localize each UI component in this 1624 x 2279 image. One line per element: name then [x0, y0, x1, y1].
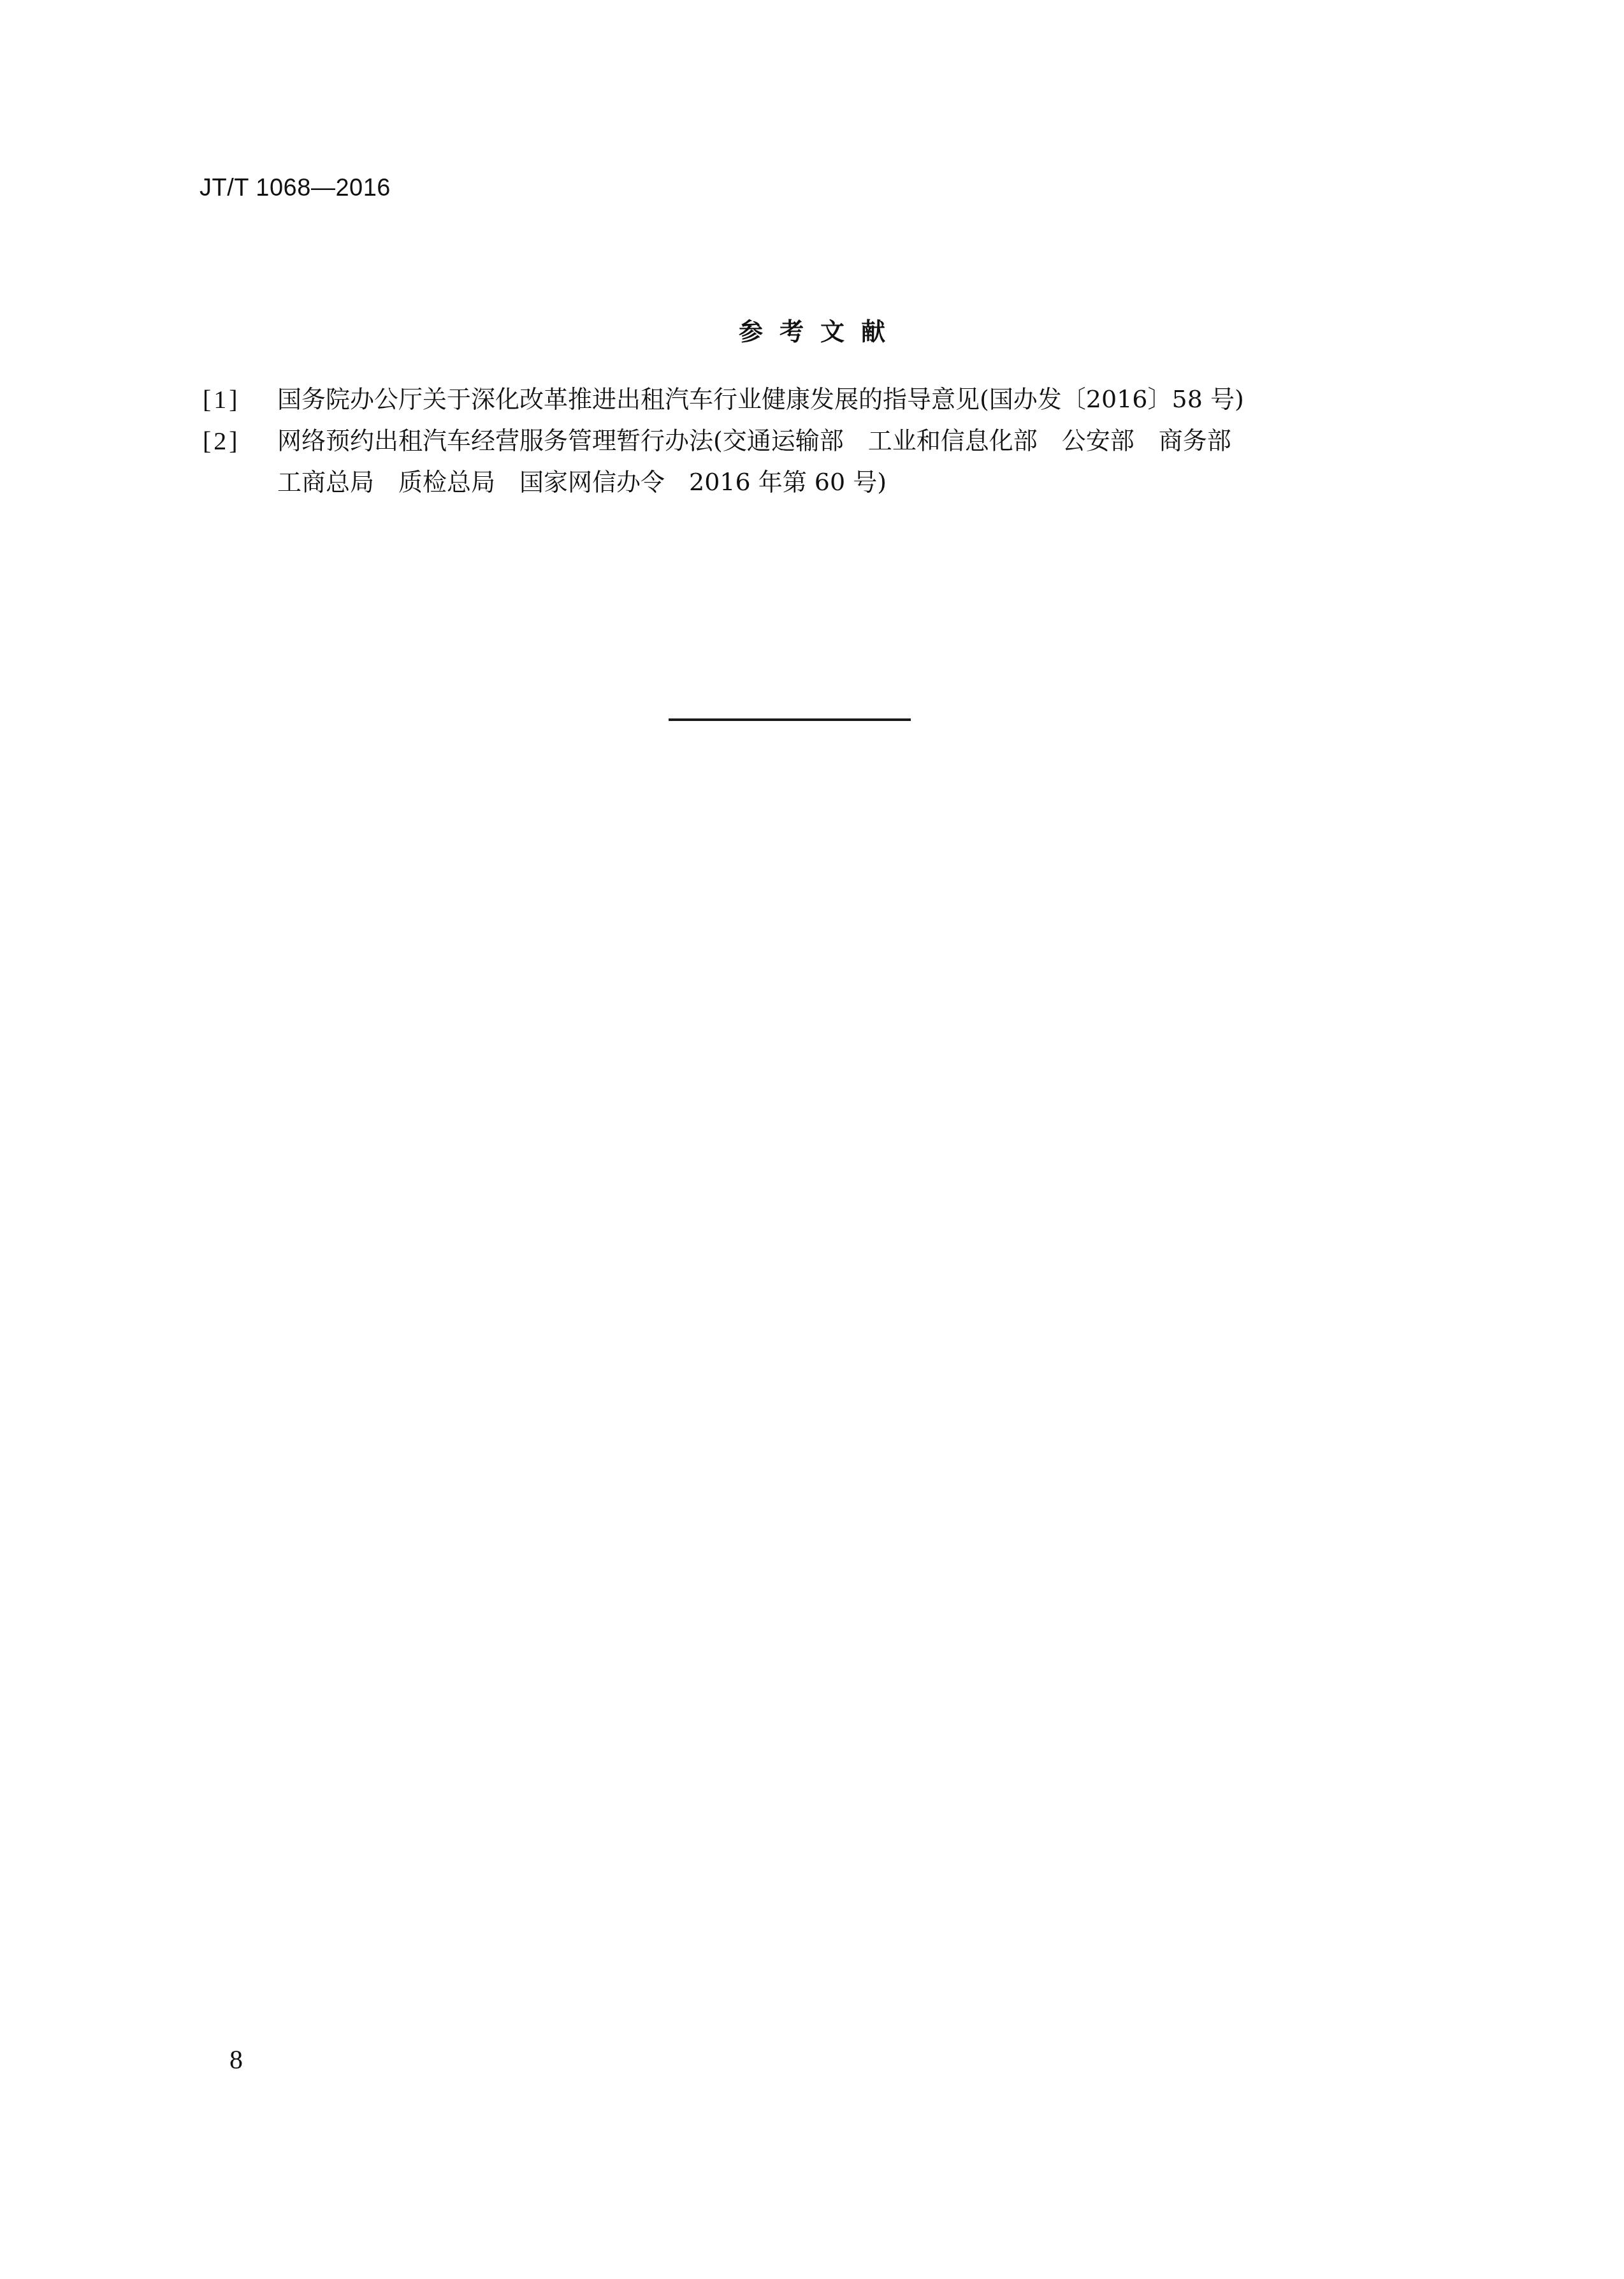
reference-number: [1] [203, 379, 241, 420]
reference-text: 国务院办公厅关于深化改革推进出租汽车行业健康发展的指导意见(国办发〔2016〕5… [277, 379, 1414, 420]
reference-text: 网络预约出租汽车经营服务管理暂行办法(交通运输部 工业和信息化部 公安部 商务部… [277, 420, 1414, 503]
end-of-document-rule [669, 718, 911, 721]
page-number: 8 [229, 2044, 243, 2076]
reference-list: [1] 国务院办公厅关于深化改革推进出租汽车行业健康发展的指导意见(国办发〔20… [203, 379, 1414, 503]
standard-code-header: JT/T 1068—2016 [199, 173, 391, 203]
section-title-references: 参考文献 [0, 315, 1624, 348]
reference-item-2: [2] 网络预约出租汽车经营服务管理暂行办法(交通运输部 工业和信息化部 公安部… [203, 420, 1414, 503]
reference-text-line: 网络预约出租汽车经营服务管理暂行办法(交通运输部 工业和信息化部 公安部 商务部 [277, 420, 1414, 462]
reference-item-1: [1] 国务院办公厅关于深化改革推进出租汽车行业健康发展的指导意见(国办发〔20… [203, 379, 1414, 420]
reference-number: [2] [203, 420, 241, 462]
reference-text-line: 国务院办公厅关于深化改革推进出租汽车行业健康发展的指导意见(国办发〔2016〕5… [277, 379, 1414, 420]
reference-text-line: 工商总局 质检总局 国家网信办令 2016 年第 60 号) [277, 462, 1414, 503]
